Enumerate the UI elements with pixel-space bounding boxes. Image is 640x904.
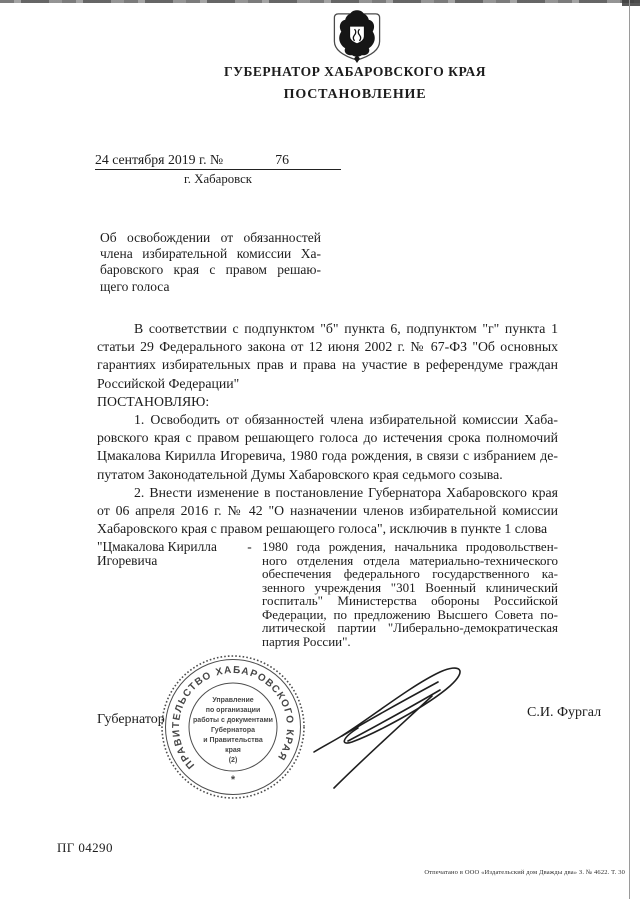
scan-edge-artifact-right (629, 0, 630, 899)
scanned-decree-page: ГУБЕРНАТОР ХАБАРОВСКОГО КРАЯ ПОСТАНОВЛЕН… (0, 0, 640, 904)
body-text: В соответствии с подпунктом "б" пункта 6… (97, 320, 558, 538)
text-line: зенного учреждения "301 Военный клиничес… (262, 581, 558, 595)
scan-edge-artifact-corner (622, 0, 640, 6)
official-round-stamp: ПРАВИТЕЛЬСТВО ХАБАРОВСКОГО КРАЯ * Управл… (158, 652, 308, 802)
place-line: г. Хабаровск (95, 172, 341, 187)
stamp-center-line: края (225, 747, 241, 754)
printer-note: Отпечатано в ООО «Издательский дом Дважд… (280, 869, 625, 876)
stamp-center-line: по организации (206, 707, 261, 714)
signatory-name: С.И. Фургал (527, 705, 601, 721)
khabarovsk-coat-of-arms-icon (329, 7, 385, 64)
text-line: ного отделения отдела материально-технич… (262, 554, 558, 568)
text-line: члена избирательной комиссии Ха- (100, 246, 321, 262)
document-type-title: ПОСТАНОВЛЕНИЕ (70, 87, 640, 103)
stamp-center-line: Губернатора (211, 726, 255, 734)
text-line: Об освобождении от обязанностей (100, 230, 321, 246)
text-line: партия России". (262, 635, 558, 649)
text-line: Федерации, по предложению Высшего Совета… (262, 608, 558, 622)
text-line: литической партии "Либерально-демократич… (262, 621, 558, 635)
authority-title: ГУБЕРНАТОР ХАБАРОВСКОГО КРАЯ (70, 64, 640, 80)
date-number-line: 24 сентября 2019 г. № 76 (95, 152, 341, 170)
clause-1-paragraph: 1. Освободить от обязанностей члена изби… (97, 411, 558, 484)
preamble-paragraph: В соответствии с подпунктом "б" пункта 6… (97, 320, 558, 393)
excluded-entry-description: 1980 года рождения, начальника продоволь… (262, 540, 558, 648)
resolve-line: ПОСТАНОВЛЯЮ: (97, 393, 558, 411)
text-line: Цмакалова Кирилла Игоревича, 1980 года р… (97, 447, 558, 465)
text-line: 2. Внести изменение в постановление Губе… (97, 484, 558, 502)
text-line: Игоревича (97, 554, 237, 568)
text-line: гарантиях избирательных прав и права на … (97, 356, 558, 374)
text-line: путатом Законодательной Думы Хабаровског… (97, 466, 558, 484)
date-number-block: 24 сентября 2019 г. № 76 г. Хабаровск (95, 152, 341, 187)
governor-post-label: Губернатор (97, 712, 165, 728)
stamp-center-line: и Правительства (203, 737, 263, 744)
text-line: обеспечения федерального государственног… (262, 567, 558, 581)
stamp-center-line: (2) (229, 757, 238, 764)
text-line: В соответствии с подпунктом "б" пункта 6… (97, 320, 558, 338)
text-line: от 06 апреля 2016 г. № 42 "О назначении … (97, 502, 558, 520)
document-number: 76 (223, 152, 341, 168)
text-line: "Цмакалова Кирилла (97, 540, 237, 554)
text-line: баровского края с правом решаю- (100, 262, 321, 278)
text-line: щего голоса (100, 279, 321, 295)
stamp-center-line: работы с документами (193, 716, 273, 724)
excluded-entry: "Цмакалова КириллаИгоревича - 1980 года … (97, 540, 558, 648)
date-label: 24 сентября 2019 г. № (95, 152, 223, 168)
text-line: ПОСТАНОВЛЯЮ: (97, 393, 558, 411)
text-line: 1. Освободить от обязанностей члена изби… (97, 411, 558, 429)
text-line: госпиталь" Министерства обороны Российск… (262, 594, 558, 608)
excluded-entry-dash: - (237, 540, 262, 648)
text-line: 1980 года рождения, начальника продоволь… (262, 540, 558, 554)
document-code: ПГ 04290 (57, 840, 113, 856)
stamp-center-line: Управление (212, 697, 253, 704)
excluded-entry-name: "Цмакалова КириллаИгоревича (97, 540, 237, 648)
text-line: Хабаровского края с правом решающего гол… (97, 520, 558, 538)
scan-edge-artifact-top (0, 0, 640, 3)
subject-block: Об освобождении от обязанностейчлена изб… (100, 230, 321, 295)
text-line: Российской Федерации" (97, 375, 558, 393)
stamp-star: * (231, 774, 236, 786)
signature-scrawl (310, 648, 495, 796)
text-line: статьи 29 Федерального закона от 12 июня… (97, 338, 558, 356)
text-line: ровского края с правом решающего голоса … (97, 429, 558, 447)
clause-2-paragraph: 2. Внести изменение в постановление Губе… (97, 484, 558, 539)
